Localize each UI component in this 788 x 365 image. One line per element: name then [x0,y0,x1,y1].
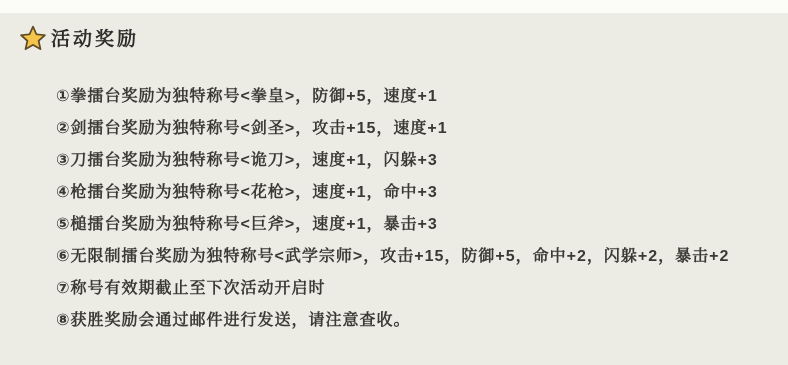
reward-item-6: ⑥无限制擂台奖励为独特称号<武学宗师>，攻击+15，防御+5，命中+2，闪躲+2… [56,241,776,273]
event-rewards-page: 活动奖励 ①拳擂台奖励为独特称号<拳皇>，防御+5，速度+1 ②剑擂台奖励为独特… [0,0,788,365]
reward-list: ①拳擂台奖励为独特称号<拳皇>，防御+5，速度+1 ②剑擂台奖励为独特称号<剑圣… [56,81,776,337]
reward-item-3: ③刀擂台奖励为独特称号<诡刀>，速度+1，闪躲+3 [56,145,776,177]
reward-item-8: ⑧获胜奖励会通过邮件进行发送，请注意查收。 [56,305,776,337]
reward-item-2: ②剑擂台奖励为独特称号<剑圣>，攻击+15，速度+1 [56,113,776,145]
reward-item-4: ④枪擂台奖励为独特称号<花枪>，速度+1，命中+3 [56,177,776,209]
reward-item-7: ⑦称号有效期截止至下次活动开启时 [56,273,776,305]
reward-item-1: ①拳擂台奖励为独特称号<拳皇>，防御+5，速度+1 [56,81,776,113]
title-row: 活动奖励 [20,24,139,51]
star-shape [21,26,45,49]
star-icon [20,25,46,51]
reward-item-5: ⑤槌擂台奖励为独特称号<巨斧>，速度+1，暴击+3 [56,209,776,241]
top-white-strip [0,0,788,13]
page-title: 活动奖励 [51,24,139,51]
